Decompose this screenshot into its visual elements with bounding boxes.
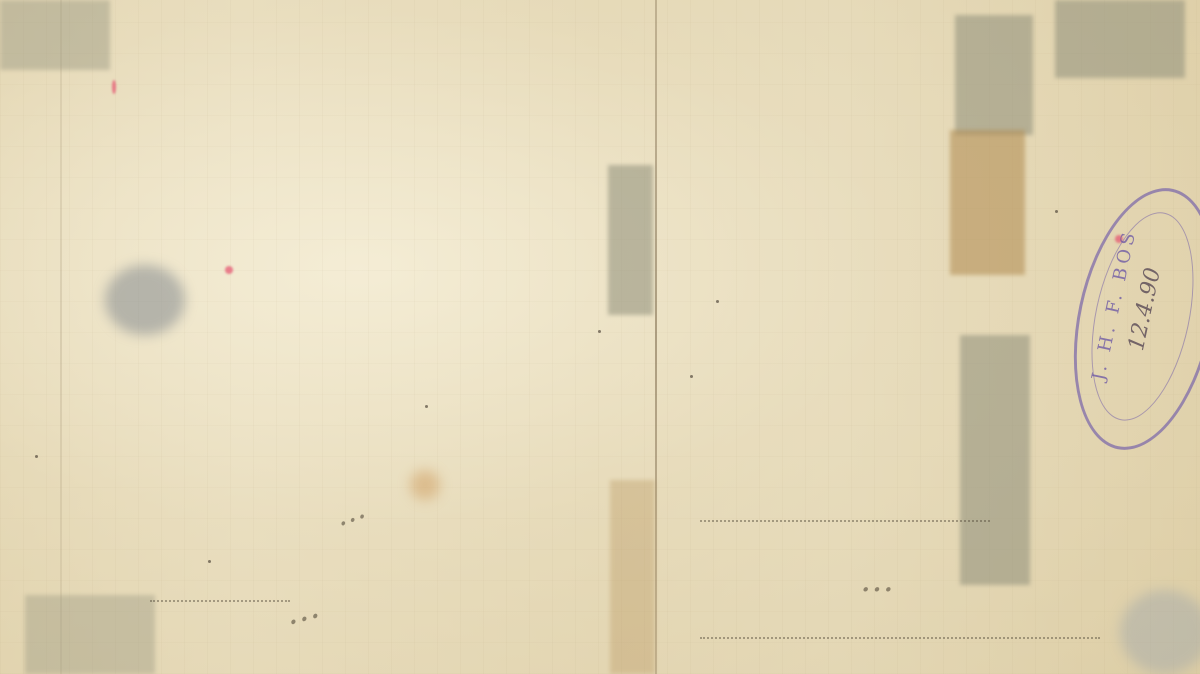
ink-speck [425, 405, 428, 408]
faded-handwriting: … [860, 560, 894, 600]
tape-residue [25, 595, 155, 674]
tape-residue [0, 0, 110, 70]
red-mark [225, 266, 233, 274]
rust-stain [410, 470, 440, 500]
red-mark [112, 80, 116, 94]
water-stain [105, 265, 185, 335]
ink-speck [35, 455, 38, 458]
dotted-signature-line [700, 520, 990, 522]
ink-speck [598, 330, 601, 333]
ink-speck [716, 300, 719, 303]
tape-residue [610, 480, 655, 674]
tape-residue [1055, 0, 1185, 78]
water-stain [1120, 590, 1200, 674]
dotted-signature-line [700, 637, 1100, 639]
tape-residue [955, 15, 1033, 135]
ink-speck [208, 560, 211, 563]
tape-residue [960, 335, 1030, 585]
ink-speck [690, 375, 693, 378]
aged-paper-document: … … … J. H. F. BOS 12.4.90 [0, 0, 1200, 674]
ink-speck [1055, 210, 1058, 213]
center-fold-line [655, 0, 657, 674]
tape-residue [608, 165, 653, 315]
dotted-signature-line [150, 600, 290, 602]
tape-residue [950, 130, 1025, 275]
left-fold-line [60, 0, 62, 674]
